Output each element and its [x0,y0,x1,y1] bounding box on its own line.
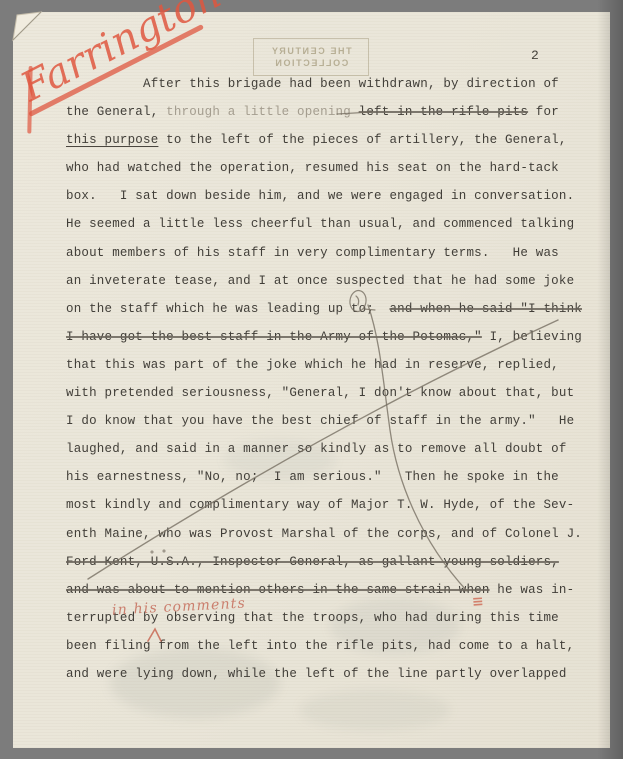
stamp-line-1: THE CENTURY [270,46,351,56]
text-segment-normal: the General, [66,105,166,119]
scanned-manuscript-photo: { "document": { "page_number": "2", "own… [0,0,623,759]
text-segment-normal: He seemed a little less cheerful than us… [66,217,574,231]
text-segment-normal: his earnestness, "No, no; I am serious."… [66,470,559,484]
text-segment-normal: on the staff which he was leading up to; [66,302,389,316]
typed-line: enth Maine, who was Provost Marshal of t… [66,520,586,548]
typed-line: his earnestness, "No, no; I am serious."… [66,463,586,491]
text-segment-normal: that this was part of the joke which he … [66,358,559,372]
text-segment-normal: I do know that you have the best chief o… [66,414,574,428]
text-segment-normal: for [528,105,559,119]
text-segment-normal: box. I sat down beside him, and we were … [66,189,574,203]
typed-line: most kindly and complimentary way of Maj… [66,491,586,519]
page-number: 2 [531,48,539,63]
typed-line: been filing from the left into the rifle… [66,632,586,660]
typed-line: that this was part of the joke which he … [66,351,586,379]
typed-line: this purpose to the left of the pieces o… [66,126,586,154]
text-segment-normal: and were lying down, while the left of t… [66,667,567,681]
typed-line: Ford Kent, U.S.A., Inspector General, as… [66,548,586,576]
text-segment-underline: this purpose [66,133,158,147]
text-segment-strike: I have got the best staff in the Army of… [66,330,482,344]
typed-line: After this brigade had been withdrawn, b… [66,70,586,98]
typed-line: I have got the best staff in the Army of… [66,323,586,351]
typed-line: He seemed a little less cheerful than us… [66,210,586,238]
text-segment-normal: been filing from the left into the rifle… [66,639,574,653]
text-segment-faded: through a little opening [166,105,359,119]
typed-line: on the staff which he was leading up to;… [66,295,586,323]
text-segment-strike: and when he said "I think [389,302,582,316]
text-segment-strike: Ford Kent, U.S.A., Inspector General, as… [66,555,559,569]
text-segment-normal: most kindly and complimentary way of Maj… [66,498,574,512]
text-segment-normal: enth Maine, who was Provost Marshal of t… [66,527,582,541]
text-segment-normal: I, believing [482,330,582,344]
text-segment-normal: an inveterate tease, and I at once suspe… [66,274,574,288]
typed-line: laughed, and said in a manner so kindly … [66,435,586,463]
text-segment-normal: laughed, and said in a manner so kindly … [66,442,567,456]
typed-line: the General, through a little opening le… [66,98,586,126]
text-segment-normal: After this brigade had been withdrawn, b… [66,77,559,91]
text-segment-normal: to the left of the pieces of artillery, … [158,133,566,147]
text-segment-normal: about members of his staff in very compl… [66,246,559,260]
capitalize-proofmark: ≡ [471,594,484,611]
typed-line: I do know that you have the best chief o… [66,407,586,435]
text-segment-normal: who had watched the operation, resumed h… [66,161,559,175]
typed-text: After this brigade had been withdrawn, b… [66,70,586,688]
typed-line: an inveterate tease, and I at once suspe… [66,267,586,295]
typed-line: and were lying down, while the left of t… [66,660,586,688]
typed-line: box. I sat down beside him, and we were … [66,182,586,210]
typed-line: who had watched the operation, resumed h… [66,154,586,182]
typed-line: about members of his staff in very compl… [66,239,586,267]
text-segment-strike: and was about to mention others in the s… [66,583,490,597]
typed-line: with pretended seriousness, "General, I … [66,379,586,407]
text-segment-normal: with pretended seriousness, "General, I … [66,386,574,400]
text-segment-strike: left in the rifle pits [359,105,528,119]
text-segment-normal: he was in- [490,583,575,597]
typed-line: and was about to mention others in the s… [66,576,586,604]
stamp-line-2: COLLECTION [274,58,349,68]
